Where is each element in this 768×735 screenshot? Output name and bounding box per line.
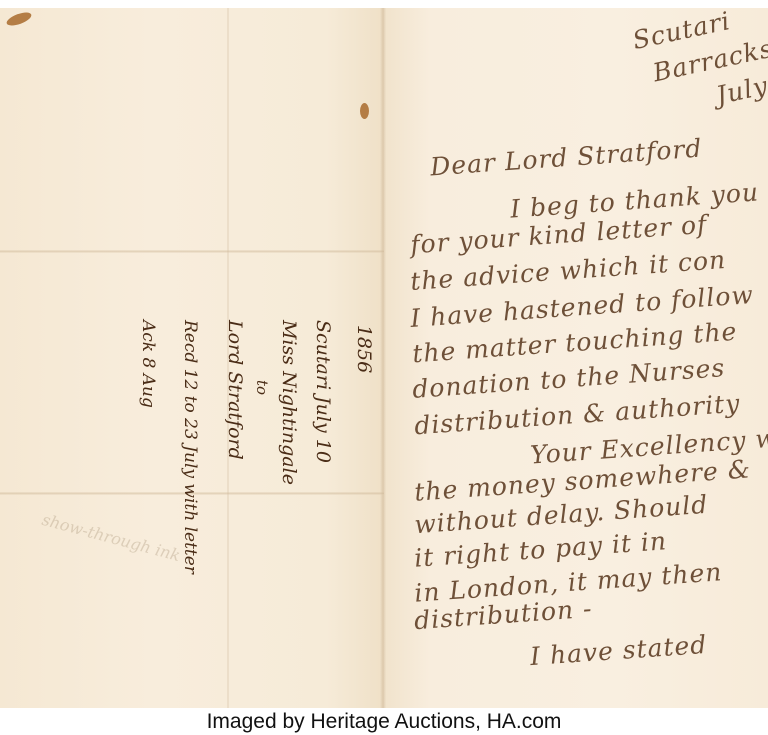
docket-line: Scutari July 10 <box>306 320 340 540</box>
horizontal-fold <box>0 250 384 253</box>
image-credit-caption: Imaged by Heritage Auctions, HA.com <box>0 708 768 735</box>
docket-line: Ack 8 Aug <box>134 320 162 540</box>
docket-year: 1856 <box>353 325 375 373</box>
docket-line: Miss Nightingale <box>272 320 306 540</box>
docket-line: to <box>252 320 272 540</box>
docket: Scutari July 10 Miss Nightingale to Lord… <box>100 320 340 530</box>
docket-line: Recd 12 to 23 July with letter <box>162 320 218 540</box>
ink-stain <box>360 103 369 119</box>
docket-line: Lord Stratford <box>218 320 252 540</box>
letter-sheet: Scutari Barracks July Dear Lord Stratfor… <box>0 8 768 708</box>
center-fold <box>380 8 386 708</box>
